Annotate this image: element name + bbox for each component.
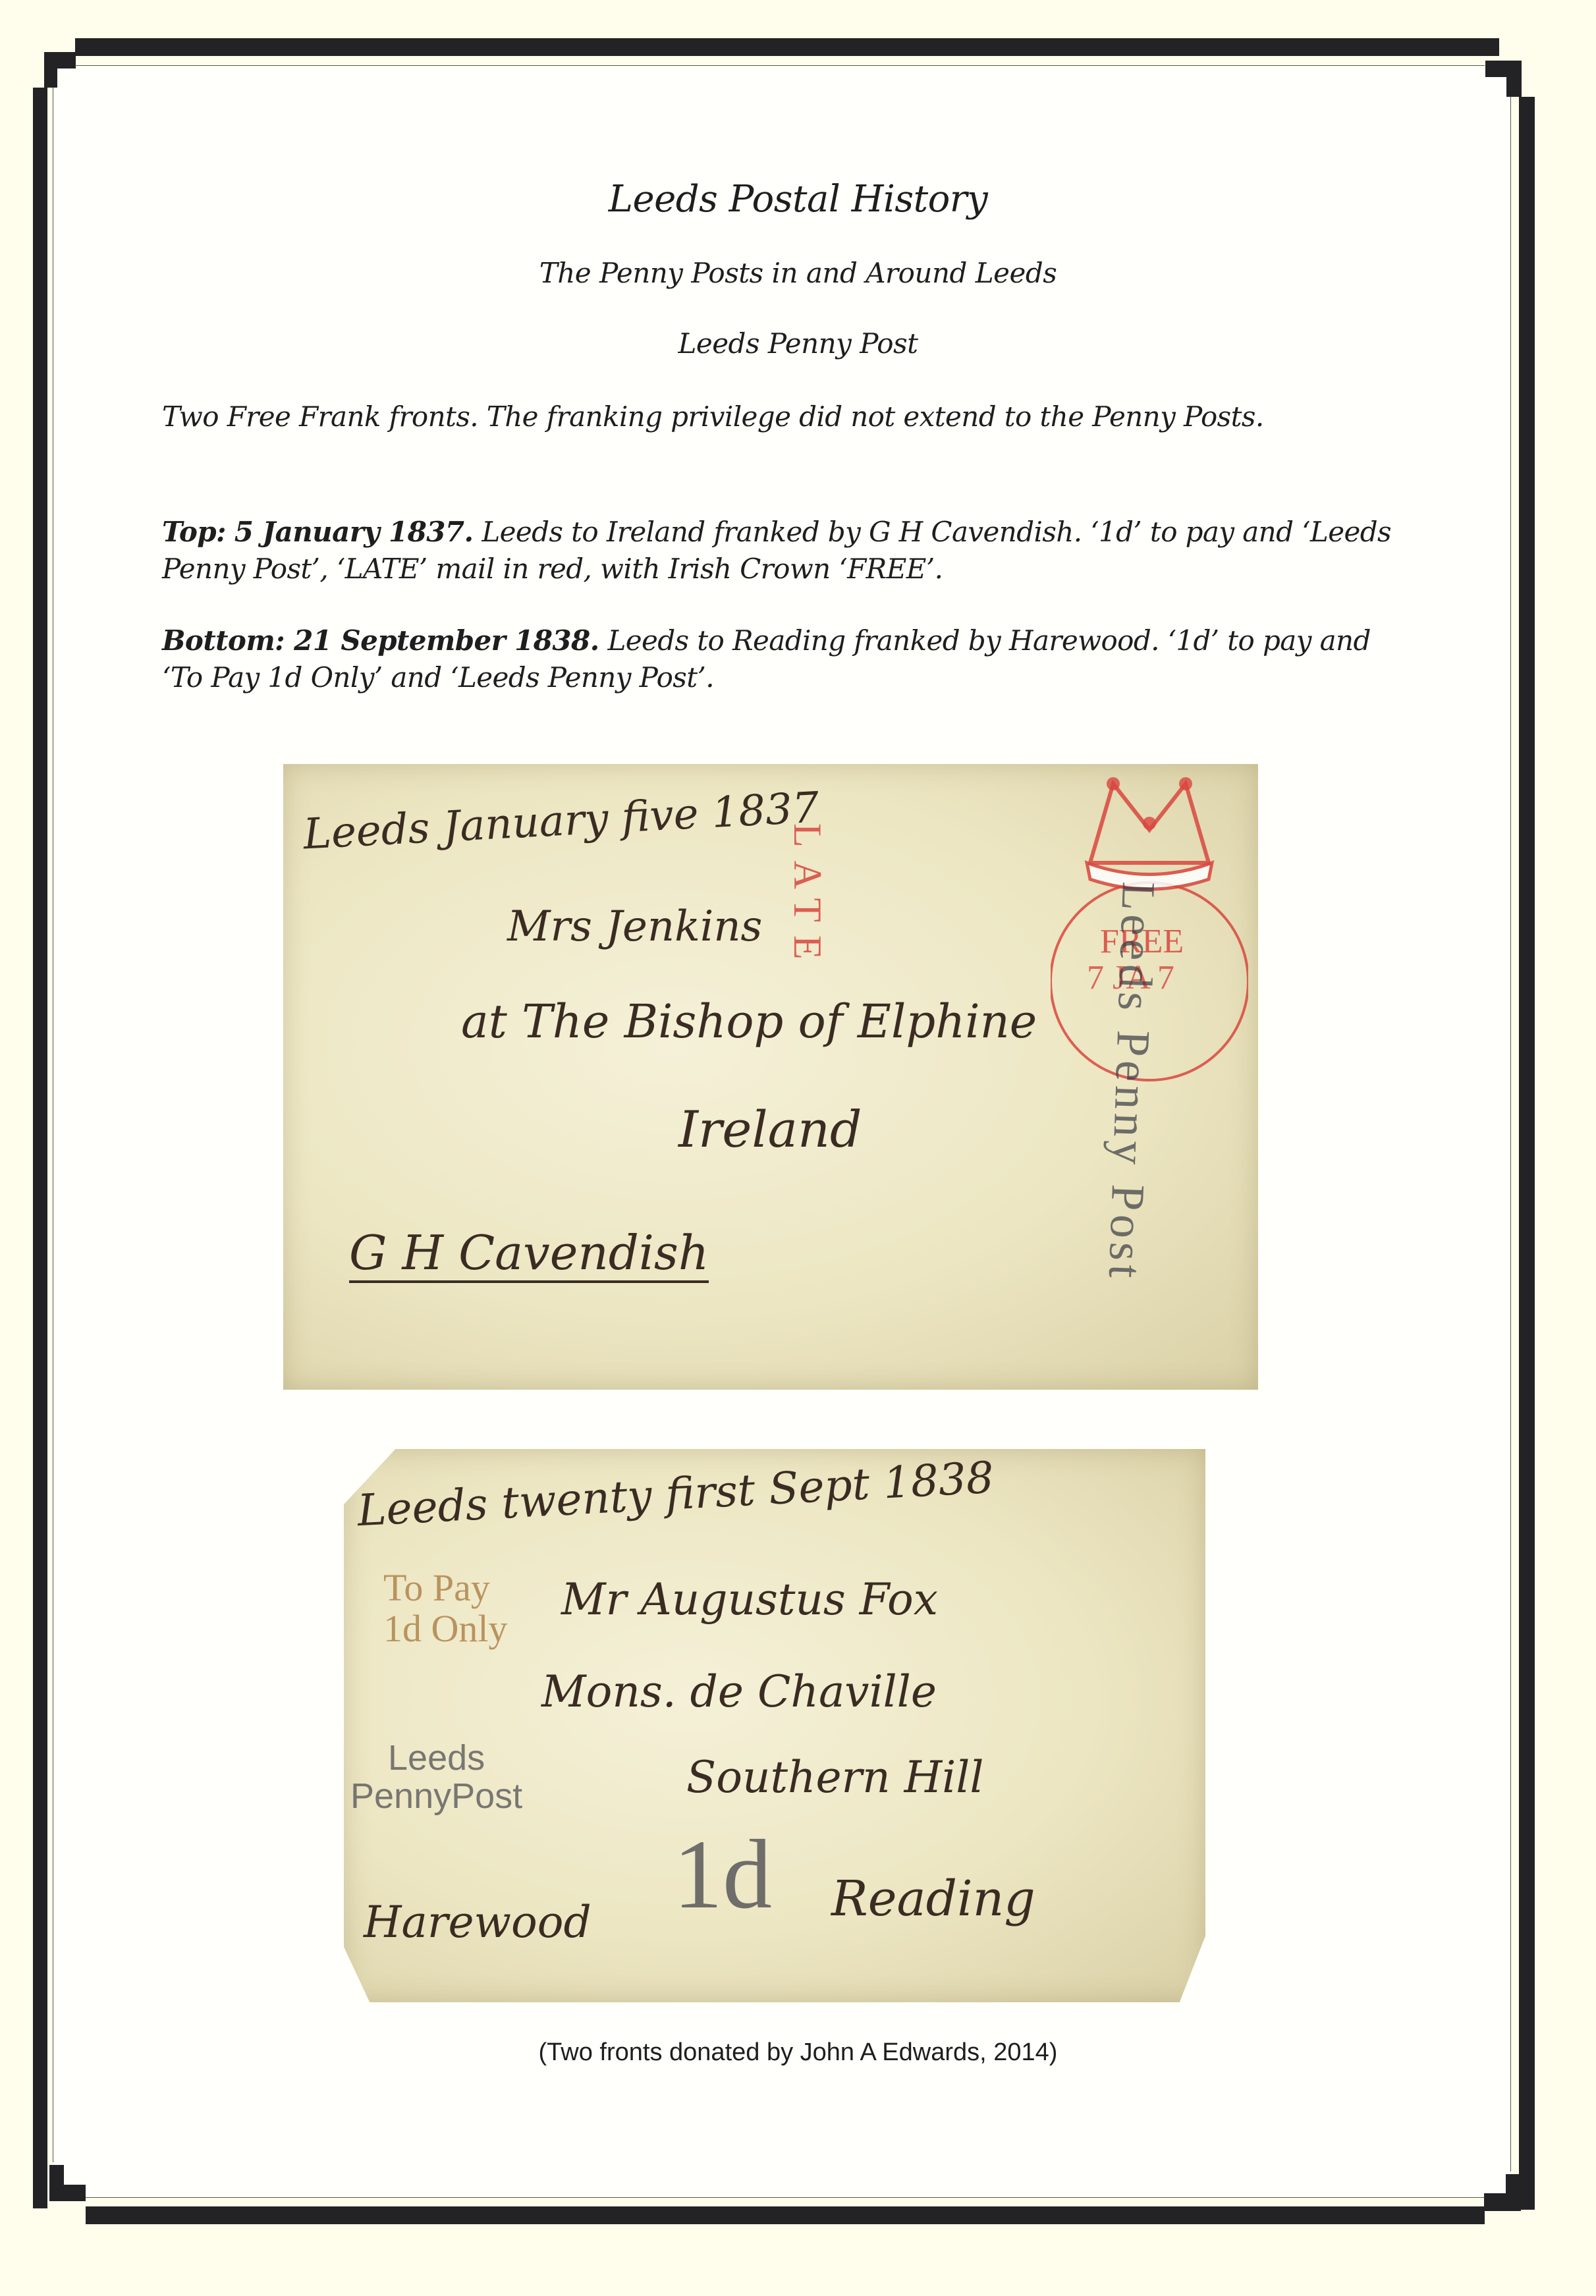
to-pay-stamp: To Pay 1d Only [383,1568,508,1649]
border-corner-br-2 [1484,2193,1521,2211]
cover-address-town: Reading [831,1871,1035,1927]
one-penny-stamp: 1d [673,1818,772,1931]
cover-addressee: Mr Augustus Fox [561,1574,938,1625]
donation-credit: (Two fronts donated by John A Edwards, 2… [0,2038,1596,2067]
cover-dateline: Leeds January five 1837 [302,784,821,860]
border-bottom-bar [86,2206,1485,2224]
top-cover-image: Leeds January five 1837 Mrs Jenkins at T… [283,764,1258,1390]
cover-dateline: Leeds twenty first Sept 1838 [356,1452,995,1537]
cover-address-line: at The Bishop of Elphine [461,995,1037,1049]
cover-signature: Harewood [364,1897,592,1948]
leeds-penny-post-stamp: Leeds PennyPost [350,1739,522,1815]
border-corner-tr-2 [1506,61,1522,97]
border-line-left [53,88,53,2162]
border-line-top [75,65,1485,66]
border-top-bar [75,38,1499,56]
intro-paragraph: Two Free Frank fronts. The franking priv… [162,398,1400,435]
border-left-bar [33,88,47,2208]
cover-address-line-1: Mons. de Chaville [541,1666,937,1717]
cover-address-line-2: Southern Hill [686,1752,983,1803]
penny-post-line-2: PennyPost [350,1777,522,1815]
top-date: 5 January 1837. [234,516,474,548]
border-line-right [1510,97,1511,2172]
border-line-bottom [86,2197,1485,2198]
cover-addressee: Mrs Jenkins [507,902,762,951]
section-title: Leeds Penny Post [0,327,1596,360]
page-subtitle: The Penny Posts in and Around Leeds [0,257,1596,289]
page-title: Leeds Postal History [0,178,1596,221]
top-cover-description: Top: 5 January 1837. Leeds to Ireland fr… [162,514,1400,588]
penny-post-line-1: Leeds [350,1739,522,1777]
border-right-bar [1519,97,1535,2210]
bottom-label: Bottom: 21 September 1838. [162,624,599,657]
top-label: Top: [162,516,226,548]
cover-signature: G H Cavendish [349,1225,709,1283]
border-corner-tl-2 [44,52,57,88]
cover-address-country: Ireland [678,1100,862,1159]
bottom-cover-image: Leeds twenty first Sept 1838 To Pay 1d O… [344,1449,1205,2002]
border-corner-bl-2 [49,2185,86,2201]
to-pay-line-1: To Pay [383,1568,508,1608]
late-stamp: LATE [784,823,830,973]
bottom-cover-description: Bottom: 21 September 1838. Leeds to Read… [162,622,1400,696]
to-pay-line-2: 1d Only [383,1608,508,1649]
